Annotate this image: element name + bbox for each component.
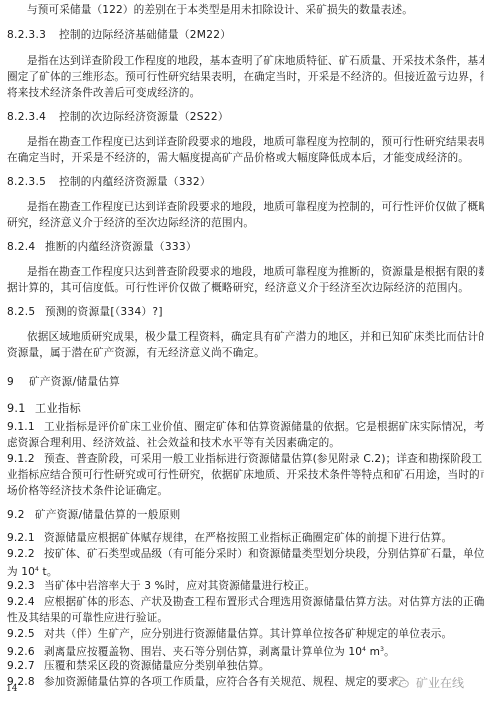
section-heading-8-2-3-4: 8.2.3.4控制的次边际经济资源量（2S22） [7, 110, 229, 124]
section-title: 矿产资源/储量估算的一般原则 [35, 509, 181, 521]
clause-text: 资源储量应根据矿体赋存规律，在严格按照工业指标正确圈定矿体的前提下进行估算。 [44, 532, 452, 544]
clause-9-2-6: 9.2.6剥离量应按覆盖物、围岩、夹石等分别估算，剥离量计算单位为 104 m3… [7, 643, 395, 659]
paragraph-line: 在确定当时，开采是不经济的，需大幅度提高矿产品价格或大幅度降低成本后，才能变成经… [7, 151, 469, 165]
clause-number: 9.2.7 [7, 659, 44, 673]
clause-9-2-7: 9.2.7压覆和禁采区段的资源储量应分类别单独估算。 [7, 659, 270, 673]
section-title: 推断的内蕴经济资源量（333） [45, 241, 197, 253]
section-title: 控制的次边际经济资源量（2S22） [59, 111, 229, 123]
section-title: 工业指标 [35, 402, 81, 415]
chapter-heading-9: 9矿产资源/储量估算 [7, 375, 120, 389]
paragraph-line: 是指在勘查工作程度已达到详查阶段要求的地段，地质可靠程度为控制的，预可行性研究结… [27, 135, 484, 149]
clause-text: 工业指标是评价矿床工业价值、圈定矿体和估算资源储量的依据。它是根据矿床实际情况，… [44, 421, 484, 433]
clause-9-2-4: 9.2.4应根据矿体的形态、产状及勘查工程布置形式合理选用资源储量估算方法。对估… [7, 595, 484, 609]
clause-text: 压覆和禁采区段的资源储量应分类别单独估算。 [44, 660, 270, 672]
text-fragment: t。 [39, 566, 58, 578]
section-title: 控制的边际经济基础储量（2M22） [59, 29, 231, 41]
clause-9-2-3: 9.2.3当矿体中岩溶率大于 3 %时，应对其资源储量进行校正。 [7, 579, 315, 593]
text-fragment: 。 [384, 646, 395, 658]
paragraph-line: 是指在勘查工作程度已达到详查阶段要求的地段，地质可靠程度为控制的，可行性评价仅做… [27, 200, 484, 214]
clause-number: 9.1.1 [7, 420, 44, 434]
section-number: 8.2.3.3 [7, 28, 59, 42]
section-title: 预测的资源量[（334）?] [45, 306, 163, 318]
clause-9-2-1: 9.2.1资源储量应根据矿体赋存规律，在严格按照工业指标正确圈定矿体的前提下进行… [7, 531, 452, 545]
clause-text: 应根据矿体的形态、产状及勘查工程布置形式合理选用资源储量估算方法。对估算方法的正… [44, 596, 484, 608]
document-page: 与预可采储量（122）的差别在于本类型是用未扣除设计、采矿损失的数量表述。 8.… [0, 0, 484, 702]
section-number: 8.2.5 [7, 305, 45, 319]
paragraph-line: 与预可采储量（122）的差别在于本类型是用未扣除设计、采矿损失的数量表述。 [27, 3, 413, 17]
section-heading-9-2: 9.2矿产资源/储量估算的一般原则 [7, 508, 181, 522]
section-heading-8-2-3-3: 8.2.3.3控制的边际经济基础储量（2M22） [7, 28, 231, 42]
section-number: 8.2.4 [7, 240, 45, 254]
clause-9-1-1: 9.1.1工业指标是评价矿床工业价值、圈定矿体和估算资源储量的依据。它是根据矿床… [7, 420, 484, 434]
section-heading-8-2-5: 8.2.5预测的资源量[（334）?] [7, 305, 163, 319]
section-number: 8.2.3.5 [7, 175, 59, 189]
section-number: 9 [7, 375, 29, 389]
section-title: 控制的内蕴经济资源量（332） [59, 176, 211, 188]
clause-number: 9.2.4 [7, 595, 44, 609]
clause-number: 9.2.6 [7, 645, 44, 659]
section-heading-9-1: 9.1工业指标 [7, 402, 81, 416]
paragraph-line: 研究，经济意义介于经济的至次边际经济的范围内。 [7, 216, 254, 230]
section-number: 8.2.3.4 [7, 110, 59, 124]
paragraph-line: 资源量，属于潜在矿产资源，有无经济意义尚不确定。 [7, 346, 265, 360]
clause-text: 对共（伴）生矿产，应分别进行资源储量估算。其计算单位按各矿种规定的单位表示。 [44, 628, 452, 640]
clause-number: 9.1.2 [7, 452, 44, 466]
text-fragment: 为 10 [7, 566, 35, 578]
paragraph-line: 虑资源合理利用、经济效益、社会效益和技术水平等有关因素确定的。 [7, 436, 340, 450]
clause-9-2-5: 9.2.5对共（伴）生矿产，应分别进行资源储量估算。其计算单位按各矿种规定的单位… [7, 627, 452, 641]
page-number: 14 [6, 684, 17, 694]
paragraph-line: 将来技术经济条件改善后可变成经济的。 [7, 86, 200, 100]
clause-9-2-2: 9.2.2按矿体、矿石类型或品级（有可能分采时）和资源储量类型划分块段，分别估算… [7, 547, 484, 561]
paragraph-line: 据计算的，其可信度低。可行性评价仅做了概略研究，经济意义介于经济至次边际经济的范… [7, 281, 469, 295]
paragraph-line: 是指在勘查工作程度只达到普查阶段要求的地段，地质可靠程度为推断的，资源量是根据有… [27, 265, 484, 279]
watermark-text: 矿业在线 [416, 674, 464, 691]
clause-text: 按矿体、矿石类型或品级（有可能分采时）和资源储量类型划分块段，分别估算矿石量，单… [44, 548, 484, 560]
paragraph-line: 性及其结果的可靠性应进行验证。 [7, 611, 168, 625]
clause-text: 当矿体中岩溶率大于 3 %时，应对其资源储量进行校正。 [44, 580, 315, 592]
clause-text: 剥离量应按覆盖物、围岩、夹石等分别估算，剥离量计算单位为 10 [44, 646, 362, 658]
clause-9-2-8: 9.2.8参加资源储量估算的各项工作质量，应符合各有关规范、规程、规定的要求。 [7, 675, 409, 689]
section-heading-8-2-3-5: 8.2.3.5控制的内蕴经济资源量（332） [7, 175, 211, 189]
section-number: 9.2 [7, 508, 35, 522]
watermark: 矿业在线 [393, 674, 464, 691]
paragraph-line: 圈定了矿体的三维形态。预可行性研究结果表明，在确定当时，开采是不经济的。但接近盈… [7, 70, 484, 84]
paragraph-line: 场价格等经济技术条件论证确定。 [7, 484, 168, 498]
clause-number: 9.2.5 [7, 627, 44, 641]
clause-number: 9.2.2 [7, 547, 44, 561]
clause-text: 预查、普查阶段，可采用一般工业指标进行资源储量估算(参见附录 C.2)；详查和勘… [44, 453, 482, 465]
section-number: 9.1 [7, 402, 35, 416]
text-fragment: m [366, 646, 380, 658]
wechat-icon [393, 676, 410, 689]
paragraph-line: 业指标应结合预可行性研究或可行性研究，依据矿床地质、开采技术条件等特点和矿石用途… [7, 468, 484, 482]
paragraph-line: 依据区域地质研究成果，极少量工程资料，确定具有矿产潜力的地区，并和已知矿床类比而… [27, 330, 484, 344]
section-title: 矿产资源/储量估算 [29, 376, 120, 388]
clause-number: 9.2.3 [7, 579, 44, 593]
section-heading-8-2-4: 8.2.4推断的内蕴经济资源量（333） [7, 240, 197, 254]
paragraph-line: 是指在达到详查阶段工作程度的地段，基本查明了矿床地质特征、矿石质量、开采技术条件… [27, 54, 484, 68]
clause-number: 9.2.1 [7, 531, 44, 545]
clause-9-1-2: 9.1.2预查、普查阶段，可采用一般工业指标进行资源储量估算(参见附录 C.2)… [7, 452, 482, 466]
clause-text: 参加资源储量估算的各项工作质量，应符合各有关规范、规程、规定的要求。 [44, 676, 409, 688]
paragraph-line: 为 104 t。 [7, 563, 58, 579]
